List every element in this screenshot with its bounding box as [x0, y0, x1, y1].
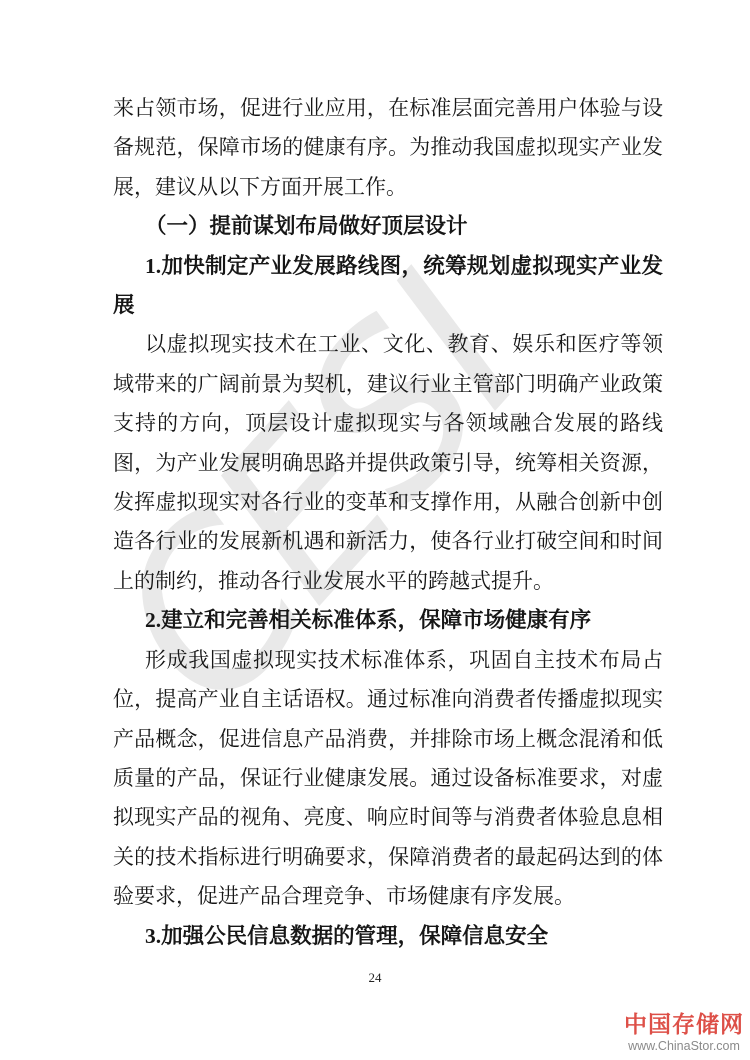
document-body: 来占领市场，促进行业应用，在标准层面完善用户体验与设备规范，保障市场的健康有序。…	[113, 89, 663, 956]
paragraph-continuation: 来占领市场，促进行业应用，在标准层面完善用户体验与设备规范，保障市场的健康有序。…	[113, 89, 663, 207]
subsection-heading-info-security: 3.加强公民信息数据的管理，保障信息安全	[113, 917, 663, 956]
document-page: CESI 来占领市场，促进行业应用，在标准层面完善用户体验与设备规范，保障市场的…	[0, 0, 750, 1060]
chinastor-logo-text: 中国存储网	[624, 1011, 744, 1037]
chinastor-url-text: www.ChinaStor.com	[624, 1039, 744, 1053]
subsection-heading-roadmap: 1.加快制定产业发展路线图，统筹规划虚拟现实产业发展	[113, 247, 663, 326]
paragraph-standards: 形成我国虚拟现实技术标准体系，巩固自主技术布局占位，提高产业自主话语权。通过标准…	[113, 641, 663, 917]
section-heading-top-level-design: （一）提前谋划布局做好顶层设计	[113, 207, 663, 246]
page-number: 24	[0, 970, 750, 986]
chinastor-badge: 中国存储网 www.ChinaStor.com	[624, 1011, 744, 1053]
paragraph-roadmap: 以虚拟现实技术在工业、文化、教育、娱乐和医疗等领域带来的广阔前景为契机，建议行业…	[113, 325, 663, 601]
subsection-heading-standards: 2.建立和完善相关标准体系，保障市场健康有序	[113, 601, 663, 640]
